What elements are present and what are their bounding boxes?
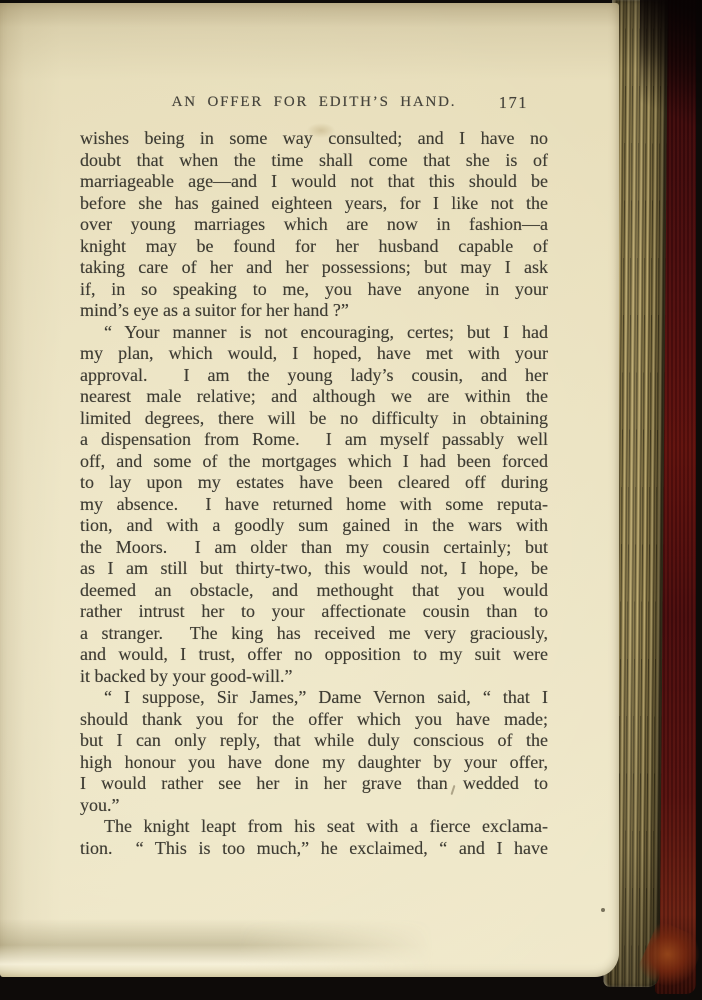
text-line: my plan, which would, I hoped, have met … bbox=[80, 343, 548, 365]
text-line: over young marriages which are now in fa… bbox=[80, 214, 548, 236]
text-line: but I can only reply, that while duly co… bbox=[80, 730, 548, 752]
text-line: the Moors. I am older than my cousin cer… bbox=[80, 537, 548, 559]
paragraph: “ I suppose, Sir James,” Dame Vernon sai… bbox=[80, 687, 548, 816]
text-line: deemed an obstacle, and methought that y… bbox=[80, 580, 548, 602]
page-number: 171 bbox=[499, 93, 528, 113]
under-page-shadow bbox=[0, 919, 433, 977]
book-scan-photo: AN OFFER FOR EDITH’S HAND. 171 wishes be… bbox=[0, 0, 702, 1000]
text-line: “ I suppose, Sir James,” Dame Vernon sai… bbox=[80, 687, 548, 709]
running-head: AN OFFER FOR EDITH’S HAND. 171 bbox=[80, 94, 548, 114]
text-line: “ Your manner is not encouraging, certes… bbox=[80, 322, 548, 344]
text-line: mind’s eye as a suitor for her hand ?” bbox=[80, 300, 548, 322]
text-line: you.” bbox=[80, 795, 548, 817]
text-line: The knight leapt from his seat with a fi… bbox=[80, 816, 548, 838]
text-line: as I am still but thirty-two, this would… bbox=[80, 558, 548, 580]
paragraph: “ Your manner is not encouraging, certes… bbox=[80, 322, 548, 688]
text-line: should thank you for the offer which you… bbox=[80, 709, 548, 731]
text-line: rather intrust her to your affectionate … bbox=[80, 601, 548, 623]
text-line: to lay upon my estates have been cleared… bbox=[80, 472, 548, 494]
running-head-title: AN OFFER FOR EDITH’S HAND. bbox=[80, 94, 548, 111]
text-line: approval. I am the young lady’s cousin, … bbox=[80, 365, 548, 387]
text-line: tion. “ This is too much,” he exclaimed,… bbox=[80, 838, 548, 860]
text-line: a stranger. The king has received me ver… bbox=[80, 623, 548, 645]
paragraph: The knight leapt from his seat with a fi… bbox=[80, 816, 548, 859]
text-line: if, in so speaking to me, you have anyon… bbox=[80, 279, 548, 301]
text-line: knight may be found for her husband capa… bbox=[80, 236, 548, 258]
text-line: before she has gained eighteen years, fo… bbox=[80, 193, 548, 215]
text-line: high honour you have done my daughter by… bbox=[80, 752, 548, 774]
text-line: it backed by your good-will.” bbox=[80, 666, 548, 688]
text-line: I would rather see her in her grave than… bbox=[80, 773, 548, 795]
text-line: limited degrees, there will be no diffic… bbox=[80, 408, 548, 430]
text-line: off, and some of the mortgages which I h… bbox=[80, 451, 548, 473]
text-line: my absence. I have returned home with so… bbox=[80, 494, 548, 516]
text-line: a dispensation from Rome. I am myself pa… bbox=[80, 429, 548, 451]
page-body-text: wishes being in some way consulted; and … bbox=[80, 128, 548, 859]
paper-stain bbox=[303, 121, 339, 140]
paper-speck bbox=[601, 908, 605, 912]
top-right-shadow bbox=[640, 0, 702, 165]
text-line: marriageable age—and I would not that th… bbox=[80, 171, 548, 193]
text-line: and would, I trust, offer no opposition … bbox=[80, 644, 548, 666]
text-line: nearest male relative; and although we a… bbox=[80, 386, 548, 408]
text-line: taking care of her and her possessions; … bbox=[80, 257, 548, 279]
text-line: tion, and with a goodly sum gained in th… bbox=[80, 515, 548, 537]
book-page: AN OFFER FOR EDITH’S HAND. 171 wishes be… bbox=[0, 3, 619, 977]
paragraph: wishes being in some way consulted; and … bbox=[80, 128, 548, 322]
text-line: doubt that when the time shall come that… bbox=[80, 150, 548, 172]
